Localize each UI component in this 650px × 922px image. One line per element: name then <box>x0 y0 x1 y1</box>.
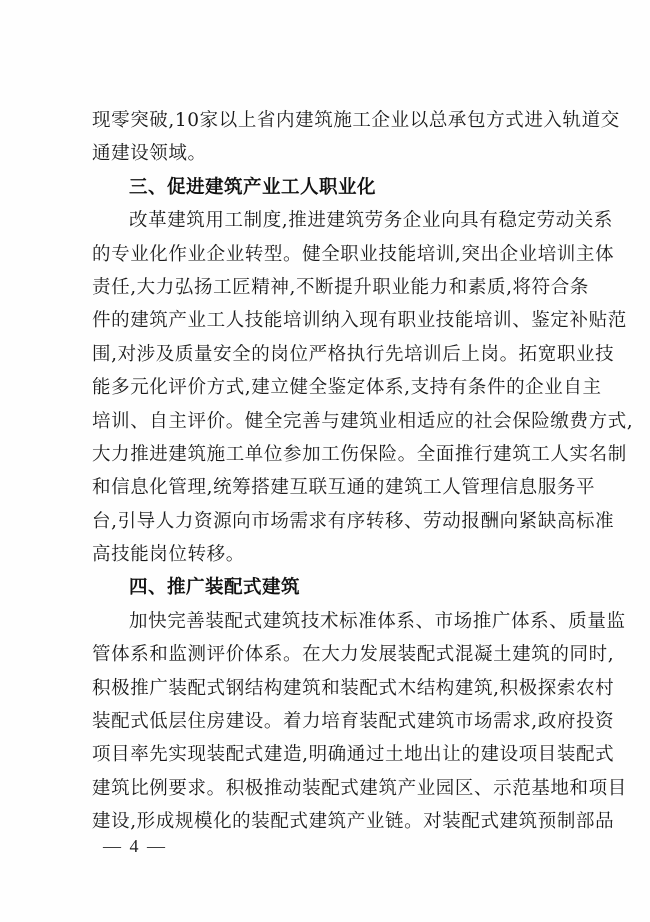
paragraph-line: 围,对涉及质量安全的岗位严格执行先培训后上岗。拓宽职业技 <box>92 338 562 371</box>
paragraph-line: 装配式低层住房建设。着力培育装配式建筑市场需求,政府投资 <box>92 705 562 738</box>
section-heading-3: 三、促进建筑产业工人职业化 <box>92 171 562 204</box>
paragraph-line: 管体系和监测评价体系。在大力发展装配式混凝土建筑的同时, <box>92 638 562 671</box>
paragraph-line: 和信息化管理,统筹搭建互联互通的建筑工人管理信息服务平 <box>92 471 562 504</box>
document-body: 现零突破,10家以上省内建筑施工企业以总承包方式进入轨道交 通建设领域。 三、促… <box>92 104 562 839</box>
paragraph-line: 高技能岗位转移。 <box>92 538 562 571</box>
paragraph-line: 建设,形成规模化的装配式建筑产业链。对装配式建筑预制部品 <box>92 805 562 838</box>
paragraph-line: 能多元化评价方式,建立健全鉴定体系,支持有条件的企业自主 <box>92 371 562 404</box>
paragraph-line: 台,引导人力资源向市场需求有序转移、劳动报酬向紧缺高标准 <box>92 505 562 538</box>
paragraph-line: 的专业化作业企业转型。健全职业技能培训,突出企业培训主体 <box>92 238 562 271</box>
paragraph-line: 责任,大力弘扬工匠精神,不断提升职业能力和素质,将符合条 <box>92 271 562 304</box>
text-line: 通建设领域。 <box>92 137 562 170</box>
paragraph-line: 项目率先实现装配式建造,明确通过土地出让的建设项目装配式 <box>92 738 562 771</box>
paragraph-line: 改革建筑用工制度,推进建筑劳务企业向具有稳定劳动关系 <box>92 204 562 237</box>
text-line: 现零突破,10家以上省内建筑施工企业以总承包方式进入轨道交 <box>92 104 562 137</box>
page-number: — 4 — <box>103 836 167 857</box>
paragraph-line: 件的建筑产业工人技能培训纳入现有职业技能培训、鉴定补贴范 <box>92 304 562 337</box>
paragraph-line: 建筑比例要求。积极推动装配式建筑产业园区、示范基地和项目 <box>92 772 562 805</box>
paragraph-line: 培训、自主评价。健全完善与建筑业相适应的社会保险缴费方式, <box>92 405 562 438</box>
paragraph-line: 积极推广装配式钢结构建筑和装配式木结构建筑,积极探索农村 <box>92 672 562 705</box>
paragraph-line: 大力推进建筑施工单位参加工伤保险。全面推行建筑工人实名制 <box>92 438 562 471</box>
paragraph-line: 加快完善装配式建筑技术标准体系、市场推广体系、质量监 <box>92 605 562 638</box>
section-heading-4: 四、推广装配式建筑 <box>92 571 562 604</box>
document-page: 现零突破,10家以上省内建筑施工企业以总承包方式进入轨道交 通建设领域。 三、促… <box>0 0 650 922</box>
